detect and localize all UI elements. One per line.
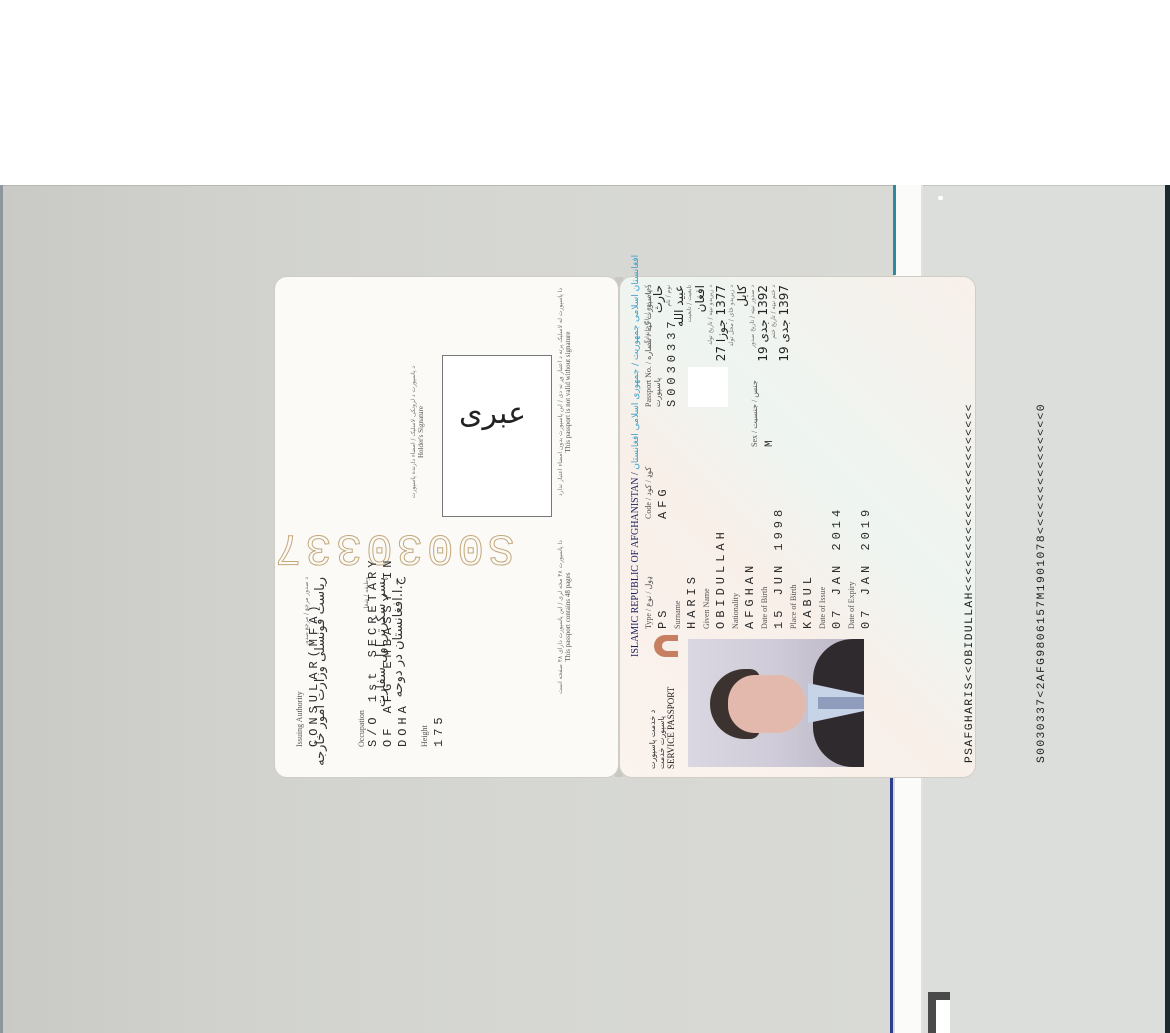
nationality-field: Nationality AFGHAN [731, 429, 758, 629]
holder-photo [688, 639, 864, 767]
date-of-expiry-value: 07 JAN 2019 [859, 506, 873, 629]
sex-value: M [764, 436, 776, 447]
fa-issue-value: 1392 جدی 19 [756, 285, 770, 435]
nationality-value: AFGHAN [743, 562, 757, 629]
document-type: د خدمت پاسپورت پاسپورت خدمت SERVICE PASS… [648, 657, 676, 769]
date-of-expiry-label: Date of Expiry [847, 429, 856, 629]
validity-note-fa: دا پاسپورت له لاسلیک پرته د اعتبار وړ نه… [557, 282, 564, 502]
surname-field: Surname HARIS [673, 429, 700, 629]
code-label: Code / کوډ / کود [644, 467, 653, 519]
personal-data-fields: Type / ډول / نوع PS Surname HARIS Given … [644, 429, 876, 629]
issuing-state-header: ISLAMIC REPUBLIC OF AFGHANISTAN / افغانس… [630, 255, 641, 657]
occupation-persian: وظیفه / شغل پسر سکرتر اول سفارت ج.ا.افغا… [355, 577, 407, 767]
type-field: Type / ډول / نوع PS [644, 429, 671, 629]
persian-data-fields: کورنی نوم / نام خانوادگی حارث نوم / نام … [644, 285, 791, 435]
date-of-birth-value: 15 JUN 1998 [772, 506, 786, 629]
document-type-fa: پاسپورت خدمت [657, 657, 666, 769]
machine-readable-zone: PSAFGHARIS<<OBIDULLAH<<<<<<<<<<<<<<<<<<<… [910, 403, 1102, 763]
document-type-fa: د خدمت پاسپورت [648, 657, 657, 769]
issuing-authority-value-fa: ریاست قونسلی وزارت امور خارجه [313, 577, 329, 767]
height-value: 175 [432, 713, 446, 747]
date-of-issue-field: Date of Issue 07 JAN 2014 [818, 429, 845, 629]
given-name-value: OBIDULLAH [714, 528, 728, 629]
fa-surname-label: کورنی نوم / نام خانوادگی [644, 285, 651, 435]
height-label: Height [420, 713, 429, 747]
fa-issue-label: د صدور نیټه / تاریخ صدور [749, 285, 756, 435]
fa-surname-value: حارث [651, 285, 665, 435]
holder-signature: عبری [459, 396, 526, 431]
place-of-birth-label: Place of Birth [789, 429, 798, 629]
date-of-birth-field: Date of Birth 15 JUN 1998 [760, 429, 787, 629]
surname-label: Surname [673, 429, 682, 629]
signature-label-fa: د پاسپورت د لرونکی لاسلیک / امضاء دارنده… [410, 362, 417, 502]
pages-note-fa: دا پاسپورت ۴۸ مخه لری / این پاسپورت دارا… [557, 517, 564, 717]
occupation-line-fa: پسر سکرتر اول سفارت [373, 577, 390, 767]
date-of-birth-label: Date of Birth [760, 429, 769, 629]
date-of-issue-value: 07 JAN 2014 [830, 506, 844, 629]
fa-dob-value: 1377 جوزا 27 [714, 285, 728, 435]
signature-label: د پاسپورت د لرونکی لاسلیک / امضاء دارنده… [410, 362, 425, 502]
issuing-authority-label-fa: د صدور مرجع / مرجع صدور [303, 577, 310, 646]
date-of-issue-label: Date of Issue [818, 429, 827, 629]
given-name-label: Given Name [702, 429, 711, 629]
fa-given-name-label: نوم / نام [665, 285, 672, 435]
date-of-expiry-field: Date of Expiry 07 JAN 2019 [847, 429, 874, 629]
signature-box [442, 355, 552, 517]
height-field: Height 175 [420, 713, 447, 747]
validity-note: دا پاسپورت له لاسلیک پرته د اعتبار وړ نه… [557, 282, 572, 502]
mrz-line-2: S0030337<2AFG9806157M1901078<<<<<<<<<<<<… [1030, 403, 1054, 763]
mrz-line-1: PSAFGHARIS<<OBIDULLAH<<<<<<<<<<<<<<<<<<<… [958, 403, 982, 763]
occupation-line-fa: ج.ا.افغانستان در دوحه [390, 577, 407, 767]
fa-expiry-label: د ختم نیټه / تاریخ ختم [770, 285, 777, 435]
pages-note: دا پاسپورت ۴۸ مخه لری / این پاسپورت دارا… [557, 517, 572, 717]
place-of-birth-field: Place of Birth KABUL [789, 429, 816, 629]
scanner-lid-edge [1165, 185, 1170, 1033]
scanner-lid-mark [938, 196, 943, 200]
country-code-field: Code / کوډ / کود AFG [644, 467, 671, 519]
observations-page: S0030337 Issuing Authority CONSULAR(MFA)… [275, 277, 618, 777]
national-emblem-icon [654, 635, 678, 657]
scanner-strip-blue [890, 770, 893, 1033]
validity-note-en: This passport is not valid without signa… [564, 282, 572, 502]
place-of-birth-value: KABUL [801, 573, 815, 629]
given-name-field: Given Name OBIDULLAH [702, 429, 729, 629]
fa-dob-label: د زیږیدو نیټه / تاریخ تولد [707, 285, 714, 435]
issuing-state-en: ISLAMIC REPUBLIC OF AFGHANISTAN [630, 478, 641, 658]
surname-value: HARIS [685, 573, 699, 629]
fa-pob-label: د زیږیدو ځای / محل تولد [728, 285, 735, 435]
scanner-edge [0, 185, 3, 1033]
code-value: AFG [656, 485, 670, 519]
occupation-label-fa: وظیفه / شغل [363, 577, 370, 611]
pages-note-en: This passport contains 48 pages [564, 517, 572, 717]
signature-label-en: Holder's Signature [417, 362, 425, 502]
scanner-clip-inner [936, 1000, 950, 1033]
fa-expiry-value: 1397 جدی 19 [777, 285, 791, 435]
open-passport: S0030337 Issuing Authority CONSULAR(MFA)… [275, 277, 975, 777]
fa-nationality-value: افغان [693, 285, 707, 435]
fa-pob-value: کابل [735, 285, 749, 435]
type-value: PS [656, 607, 670, 629]
passport-data-page: ISLAMIC REPUBLIC OF AFGHANISTAN / افغانس… [620, 277, 975, 777]
type-label: Type / ډول / نوع [644, 429, 653, 629]
fa-nationality-label: تابعیت / تابعیت [686, 285, 693, 435]
fa-given-name-value: عبید الله [672, 285, 686, 435]
issuing-authority-persian: د صدور مرجع / مرجع صدور ریاست قونسلی وزا… [295, 577, 329, 767]
nationality-label: Nationality [731, 429, 740, 629]
issuing-state-fa: افغانستان اسلامی جمهوریت / جمهوری اسلامی… [631, 255, 641, 470]
document-type-en: SERVICE PASSPORT [666, 687, 676, 769]
